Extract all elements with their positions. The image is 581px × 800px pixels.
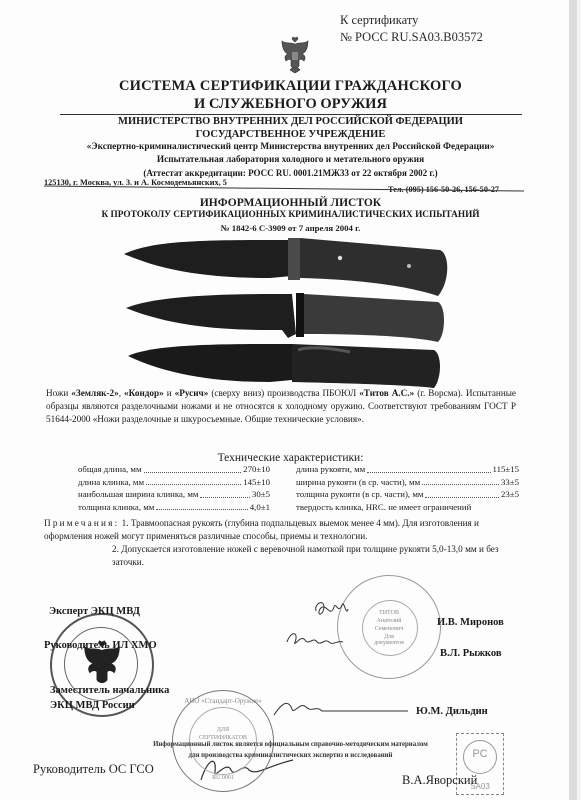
spec-row: общая длина, мм270±10 (78, 463, 270, 476)
ministry-name: МИНИСТЕРСТВО ВНУТРЕННИХ ДЕЛ РОССИЙСКОЙ Ф… (0, 116, 581, 127)
certificate-reference-label: К сертификату (340, 12, 483, 29)
knife-name-1: «Земляк-2» (71, 388, 118, 398)
head-signature-icon (285, 628, 345, 650)
center-name: «Экспертно-криминалистический центр Мини… (0, 142, 581, 152)
double-headed-eagle-emblem-icon (279, 36, 311, 74)
deputy-name: Ю.М. Дильдин (416, 706, 488, 717)
laboratory-name: Испытательная лаборатория холодного и ме… (0, 155, 581, 165)
header-divider (60, 114, 522, 115)
spec-row: длина рукояти, мм115±15 (296, 463, 519, 476)
spec-row: наибольшая ширина клинка, мм30±5 (78, 488, 270, 501)
deputy-signature-icon (272, 697, 412, 719)
system-title-line2: И СЛУЖЕБНОГО ОРУЖИЯ (0, 96, 581, 113)
knife-rusich (128, 344, 440, 388)
system-title-line1: СИСТЕМА СЕРТИФИКАЦИИ ГРАЖДАНСКОГО (0, 78, 581, 95)
expert-role: Эксперт ЭКЦ МВД (49, 606, 140, 617)
expert-name: И.В. Миронов (437, 617, 504, 628)
deputy-role-line2: ЭКЦ МВД России (50, 700, 135, 711)
knife-kondor (126, 293, 444, 342)
info-sheet-title: ИНФОРМАЦИОННЫЙ ЛИСТОК (0, 197, 581, 209)
manufacturer-name: «Титов А.С.» (359, 388, 414, 398)
notes: Примечания: 1. Травмоопасная рукоять (гл… (44, 517, 522, 569)
cert-body-head-name: В.А.Яворский (402, 773, 477, 788)
spec-row: твердость клинка, HRC. не имеет ограниче… (296, 501, 519, 514)
knife-name-2: «Кондор» (124, 388, 164, 398)
spec-list-blade: общая длина, мм270±10 длина клинка, мм14… (78, 463, 270, 513)
cert-body-head-role: Руководитель ОС ГСО (33, 762, 154, 777)
accreditation: (Аттестат аккредитации: РОСС RU. 0001.21… (0, 168, 581, 178)
note-2: 2. Допускается изготовление ножей с вере… (44, 543, 522, 569)
spec-list-handle: длина рукояти, мм115±15 ширина рукояти (… (296, 463, 519, 513)
deputy-role-line1: Заместитель начальника (50, 685, 169, 696)
spec-row: ширина рукояти (в ср. части), мм33±5 (296, 476, 519, 489)
head-lab-role: Руководитель ИЛ ХМО (44, 640, 157, 651)
protocol-number: № 1842-6 С-3909 от 7 апреля 2004 г. (0, 223, 581, 233)
spec-row: длина клинка, мм145±10 (78, 476, 270, 489)
expert-signature-icon (312, 597, 352, 623)
product-description: Ножи «Земляк-2», «Кондор» и «Русич» (све… (46, 387, 516, 426)
info-sheet-subtitle: К ПРОТОКОЛУ СЕРТИФИКАЦИОННЫХ КРИМИНАЛИСТ… (0, 210, 581, 220)
spec-row: толщина клинка, мм4,0±1 (78, 501, 270, 514)
knives-photo (120, 238, 450, 388)
notes-heading: Примечания: (44, 518, 119, 528)
institution-type: ГОСУДАРСТВЕННОЕ УЧРЕЖДЕНИЕ (0, 129, 581, 140)
head-lab-name: В.Л. Рыжков (440, 648, 502, 659)
knife-zemlyak-2 (124, 238, 447, 296)
certificate-reference: К сертификату № РОСС RU.SA03.B03572 (340, 12, 483, 46)
spec-row: толщина рукояти (в ср. части), мм23±5 (296, 488, 519, 501)
certificate-number: № РОСС RU.SA03.B03572 (340, 29, 483, 46)
manufacturer-stamp: ТИТОВ Анатолий Семенович Для документов (337, 575, 441, 679)
certificate-page: К сертификату № РОСС RU.SA03.B03572 СИСТ… (0, 0, 581, 800)
knife-name-3: «Русич» (175, 388, 209, 398)
